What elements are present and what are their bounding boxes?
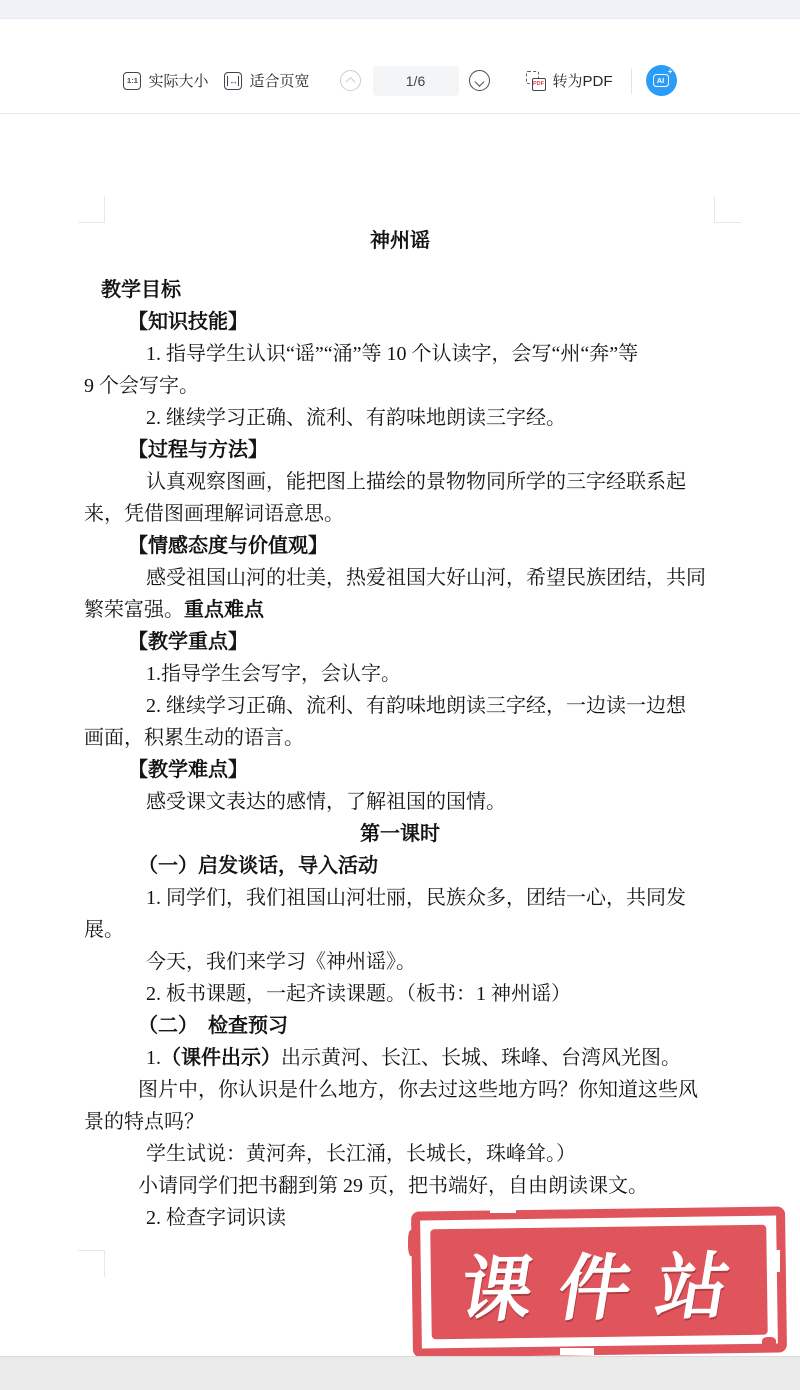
doc-paragraph: （二） 检查预习 (84, 1010, 716, 1042)
margin-corner-mark (78, 222, 105, 223)
text-run: 【情感态度与价值观】 (128, 535, 328, 557)
doc-paragraph: 第一课时 (84, 818, 716, 850)
text-run: （一）启发谈话，导入活动 (138, 855, 378, 877)
doc-paragraph: 学生试说：黄河奔，长江涌，长城长，珠峰耸。） (84, 1138, 716, 1170)
stamp-texture-gap (770, 1250, 780, 1272)
text-run: 小请同学们把书翻到第 29 页，把书端好，自由朗读课文。 (138, 1175, 648, 1197)
text-run: 学生试说：黄河奔，长江涌，长城长，珠峰耸。） (146, 1143, 576, 1165)
doc-paragraph: 小请同学们把书翻到第 29 页，把书端好，自由朗读课文。 (84, 1170, 716, 1202)
text-run: 出示黄河、长江、长城、珠峰、台湾风光图。 (281, 1047, 681, 1069)
fit-width-button[interactable]: ↔ 适合页宽 (224, 70, 309, 91)
previous-page-button[interactable] (340, 70, 361, 91)
text-run: 【教学难点】 (128, 759, 248, 781)
doc-paragraph: 1.（课件出示）出示黄河、长江、长城、珠峰、台湾风光图。 (84, 1042, 716, 1074)
window-top-strip (0, 0, 800, 19)
doc-paragraph: 【教学难点】 (84, 754, 716, 786)
doc-paragraph: 【过程与方法】 (84, 434, 716, 466)
text-run: 【教学重点】 (128, 631, 248, 653)
doc-paragraph: 展。 (84, 914, 716, 946)
toolbar-separator (631, 68, 632, 94)
doc-paragraph: 2. 继续学习正确、流利、有韵味地朗读三字经。 (84, 402, 716, 434)
doc-paragraph: 今天，我们来学习《神州谣》。 (84, 946, 716, 978)
doc-paragraph: 图片中，你认识是什么地方，你去过这些地方吗？你知道这些风 (84, 1074, 716, 1106)
doc-content: 神州谣教学目标【知识技能】1. 指导学生认识“谣”“涌”等 10 个认读字，会写… (84, 225, 716, 1234)
margin-corner-mark (104, 196, 105, 223)
doc-paragraph: 【教学重点】 (84, 626, 716, 658)
convert-pdf-label: 转为PDF (553, 70, 613, 91)
margin-corner-mark (714, 222, 741, 223)
text-run: 第一课时 (360, 823, 440, 845)
text-run: 神州谣 (370, 230, 430, 252)
doc-paragraph: 教学目标 (84, 274, 716, 306)
actual-size-button[interactable]: 1:1 实际大小 (123, 70, 208, 91)
chevron-up-icon (345, 77, 355, 87)
stamp-ink-splatter (408, 1230, 415, 1256)
doc-paragraph: 感受课文表达的感情，了解祖国的国情。 (84, 786, 716, 818)
convert-pdf-button[interactable]: PDF 转为PDF (526, 70, 613, 91)
document-viewer-window: 1:1 实际大小 ↔ 适合页宽 1/6 PDF 转为PDF AI + (0, 0, 800, 1390)
text-run: 2. 板书课题，一起齐读课题。（板书：1 神州谣） (146, 983, 571, 1005)
text-run: 认真观察图画，能把图上描绘的景物物同所学的三字经联系起 (146, 471, 686, 493)
doc-paragraph: （一）启发谈话，导入活动 (84, 850, 716, 882)
text-run: 感受课文表达的感情，了解祖国的国情。 (146, 791, 506, 813)
text-run: 展。 (84, 919, 124, 941)
doc-paragraph: 【情感态度与价值观】 (84, 530, 716, 562)
next-page-button[interactable] (469, 70, 490, 91)
text-run: 感受祖国山河的壮美，热爱祖国大好山河，希望民族团结，共同 (146, 567, 706, 589)
text-run: 2. 继续学习正确、流利、有韵味地朗读三字经。 (146, 407, 566, 429)
ai-assistant-button[interactable]: AI + (646, 65, 677, 96)
viewer-toolbar: 1:1 实际大小 ↔ 适合页宽 1/6 PDF 转为PDF AI + (0, 20, 800, 113)
text-run: 图片中，你认识是什么地方，你去过这些地方吗？你知道这些风 (138, 1079, 698, 1101)
page-indicator[interactable]: 1/6 (373, 66, 459, 96)
doc-paragraph: 繁荣富强。重点难点 (84, 594, 716, 626)
text-run: 繁荣富强。 (84, 599, 184, 621)
text-run: 今天，我们来学习《神州谣》。 (146, 951, 416, 973)
doc-paragraph: 2. 继续学习正确、流利、有韵味地朗读三字经，一边读一边想 (84, 690, 716, 722)
text-run: 1. 同学们，我们祖国山河壮丽，民族众多，团结一心，共同发 (146, 887, 686, 909)
stamp-inner-plate: 课件站 (430, 1225, 768, 1340)
stamp-ink-splatter (762, 1337, 776, 1347)
doc-paragraph: 1. 同学们，我们祖国山河壮丽，民族众多，团结一心，共同发 (84, 882, 716, 914)
actual-size-icon: 1:1 (123, 72, 141, 90)
doc-paragraph: 感受祖国山河的壮美，热爱祖国大好山河，希望民族团结，共同 (84, 562, 716, 594)
doc-paragraph: 1. 指导学生认识“谣”“涌”等 10 个认读字，会写“州“奔”等 (84, 338, 716, 370)
ai-icon: AI (653, 74, 669, 87)
stamp-texture-gap (490, 1205, 516, 1213)
text-run: 【知识技能】 (128, 311, 248, 333)
text-run: 画面，积累生动的语言。 (84, 727, 304, 749)
text-run: 9 个会写字。 (84, 375, 199, 397)
fit-width-label: 适合页宽 (249, 70, 309, 91)
doc-paragraph: 来，凭借图画理解词语意思。 (84, 498, 716, 530)
doc-paragraph: 2. 板书课题，一起齐读课题。（板书：1 神州谣） (84, 978, 716, 1010)
doc-paragraph: 景的特点吗？ (84, 1106, 716, 1138)
stamp-text: 课件站 (434, 1228, 765, 1337)
text-run: 2. 检查字词识读 (146, 1207, 286, 1229)
margin-corner-mark (714, 196, 715, 223)
margin-corner-mark (78, 1250, 105, 1251)
text-run: 1. (146, 1047, 161, 1069)
doc-paragraph: 【知识技能】 (84, 306, 716, 338)
text-run: 【过程与方法】 (128, 439, 268, 461)
doc-paragraph: 画面，积累生动的语言。 (84, 722, 716, 754)
text-run: 来，凭借图画理解词语意思。 (84, 503, 344, 525)
convert-pdf-icon: PDF (526, 71, 546, 91)
margin-corner-mark (104, 1250, 105, 1277)
text-run: 教学目标 (101, 279, 181, 301)
text-run: 景的特点吗？ (84, 1111, 204, 1133)
stamp-texture-gap (560, 1348, 594, 1355)
doc-title: 神州谣 (84, 225, 716, 257)
courseware-stamp: 课件站 (411, 1206, 787, 1357)
text-run: 重点难点 (184, 599, 264, 621)
text-run: 1.指导学生会写字，会认字。 (146, 663, 401, 685)
text-run: （二） 检查预习 (138, 1015, 288, 1037)
text-run: 1. 指导学生认识“谣”“涌”等 10 个认读字，会写“州“奔”等 (146, 343, 638, 365)
document-page: 神州谣教学目标【知识技能】1. 指导学生认识“谣”“涌”等 10 个认读字，会写… (0, 114, 800, 1356)
doc-paragraph: 1.指导学生会写字，会认字。 (84, 658, 716, 690)
text-run: （课件出示） (161, 1047, 281, 1069)
doc-paragraph: 9 个会写字。 (84, 370, 716, 402)
doc-paragraph: 认真观察图画，能把图上描绘的景物物同所学的三字经联系起 (84, 466, 716, 498)
chevron-down-icon (474, 77, 484, 87)
page-background-band (0, 1356, 800, 1390)
actual-size-label: 实际大小 (148, 70, 208, 91)
fit-width-icon: ↔ (224, 72, 242, 90)
ai-sparkle-icon: + (668, 68, 673, 76)
text-run: 2. 继续学习正确、流利、有韵味地朗读三字经，一边读一边想 (146, 695, 686, 717)
